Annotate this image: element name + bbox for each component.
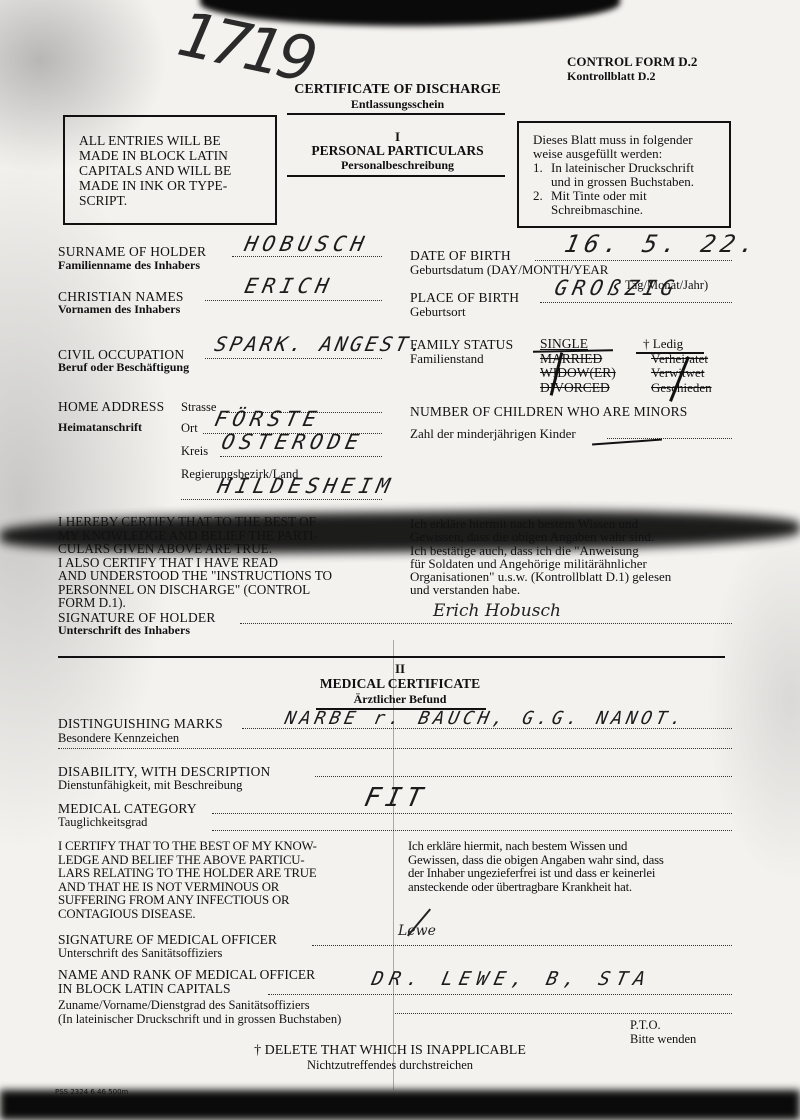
dob-label-de: Geburtsdatum (DAY/MONTH/YEAR bbox=[410, 263, 608, 276]
instruction-line: CAPITALS AND WILL BE bbox=[79, 163, 261, 178]
marks-value[interactable]: NARBE r. BAUCH, G.G. NANOT. bbox=[283, 708, 688, 729]
instruction-line: MADE IN INK OR TYPE- bbox=[79, 178, 261, 193]
bezirk-line bbox=[181, 499, 382, 500]
civil-occupation-label-de: Beruf oder Beschäftigung bbox=[58, 361, 189, 374]
medical-certification-de: Ich erkläre hiermit, nach bestem Wissen … bbox=[408, 840, 733, 894]
disability-label-de: Dienstunfähigkeit, mit Beschreibung bbox=[58, 778, 242, 793]
home-address-label: HOME ADDRESS bbox=[58, 399, 164, 414]
control-form-de: Kontrollblatt D.2 bbox=[567, 69, 655, 84]
text-line: I CERTIFY THAT TO THE BEST OF MY KNOW- bbox=[58, 840, 382, 854]
medical-category-label: MEDICAL CATEGORY bbox=[58, 801, 197, 816]
text-line: für Soldaten und Angehörige militärähnli… bbox=[410, 557, 732, 570]
officer-name-line bbox=[268, 994, 732, 995]
instruction-line: Mit Tinte oder mit bbox=[551, 189, 647, 203]
pob-label-de: Geburtsort bbox=[410, 305, 466, 318]
text-line: Ich erkläre hiermit, nach bestem Wissen … bbox=[408, 840, 733, 854]
section2-numeral: II bbox=[300, 661, 500, 677]
dob-line bbox=[535, 260, 732, 261]
section1-rule bbox=[287, 175, 505, 177]
text-line: der Inhaber ungezieferfrei ist und dass … bbox=[408, 867, 733, 881]
christian-names-value[interactable]: ERICH bbox=[242, 274, 335, 298]
officer-name-line-2 bbox=[395, 1013, 732, 1014]
officer-signature-label-de: Unterschrift des Sanitätsoffiziers bbox=[58, 946, 222, 961]
text-line: FORM D.1). bbox=[58, 596, 381, 610]
surname-label: SURNAME OF HOLDER bbox=[58, 244, 206, 259]
text-line: Ich bestätige auch, dass ich die "Anweis… bbox=[410, 544, 732, 557]
option-married[interactable]: MARRIED bbox=[540, 352, 616, 367]
pto-text-de: Bitte wenden bbox=[630, 1032, 696, 1046]
bezirk-value[interactable]: HILDESHEIM bbox=[215, 474, 397, 498]
option-ledig[interactable]: † Ledig bbox=[643, 337, 712, 352]
christian-names-label-de: Vornamen des Inhabers bbox=[58, 303, 180, 316]
instruction-line: MADE IN BLOCK LATIN bbox=[79, 148, 261, 163]
officer-name-label-de: Zuname/Vorname/Dienstgrad des Sanitätsof… bbox=[58, 998, 341, 1026]
marks-label: DISTINGUISHING MARKS bbox=[58, 716, 223, 731]
title-rule bbox=[287, 113, 505, 115]
text-line: LEDGE AND BELIEF THE ABOVE PARTICU- bbox=[58, 854, 382, 868]
kreis-line bbox=[220, 456, 382, 457]
holder-signature-line bbox=[240, 623, 732, 624]
instruction-line: Dieses Blatt muss in folgender bbox=[533, 133, 717, 147]
item-number: 2. bbox=[533, 189, 551, 203]
home-address-label-de: Heimatanschrift bbox=[58, 421, 142, 434]
pob-value[interactable]: GROßZIG bbox=[552, 276, 681, 300]
dob-value[interactable]: 16. 5. 22. bbox=[562, 230, 762, 258]
text-line: und verstanden habe. bbox=[410, 583, 732, 596]
section1-title: PERSONAL PARTICULARS bbox=[290, 143, 505, 159]
label-line: NAME AND RANK OF MEDICAL OFFICER bbox=[58, 968, 315, 982]
ledig-underline bbox=[636, 352, 704, 354]
marks-label-de: Besondere Kennzeichen bbox=[58, 731, 179, 746]
text-line: CONTAGIOUS DISEASE. bbox=[58, 908, 382, 922]
section2-title-de: Ärztlicher Befund bbox=[300, 692, 500, 707]
item-number: 1. bbox=[533, 161, 551, 175]
text-line: MY KNOWLEDGE AND BELIEF THE PARTI- bbox=[58, 529, 381, 543]
section1-title-de: Personalbeschreibung bbox=[290, 158, 505, 173]
dob-label: DATE OF BIRTH bbox=[410, 248, 511, 263]
instructions-box-de: Dieses Blatt muss in folgender weise aus… bbox=[517, 121, 731, 228]
delete-note-de: Nichtzutreffendes durchstreichen bbox=[230, 1058, 550, 1073]
text-line: LARS RELATING TO THE HOLDER ARE TRUE bbox=[58, 867, 382, 881]
disability-label: DISABILITY, WITH DESCRIPTION bbox=[58, 764, 270, 779]
pob-label: PLACE OF BIRTH bbox=[410, 290, 519, 305]
surname-line bbox=[232, 256, 382, 257]
christian-names-line bbox=[205, 300, 382, 301]
instruction-item: 2.Mit Tinte oder mit bbox=[533, 189, 717, 203]
section-divider bbox=[58, 656, 725, 658]
medical-category-line bbox=[212, 813, 732, 814]
text-line: PERSONNEL ON DISCHARGE" (CONTROL bbox=[58, 583, 381, 597]
ort-value[interactable]: FÖRSTE bbox=[212, 407, 323, 431]
text-line: I HEREBY CERTIFY THAT TO THE BEST OF bbox=[58, 515, 381, 529]
text-line: AND UNDERSTOOD THE "INSTRUCTIONS TO bbox=[58, 569, 381, 583]
label-line: (In lateinischer Druckschrift und in gro… bbox=[58, 1012, 341, 1026]
document-title-de: Entlassungsschein bbox=[280, 97, 515, 112]
civil-occupation-line bbox=[205, 358, 382, 359]
medical-category-value[interactable]: FIT bbox=[362, 783, 430, 813]
text-line: Ich erkläre hiermit nach bestem Wissen u… bbox=[410, 517, 732, 530]
medical-certification-en: I CERTIFY THAT TO THE BEST OF MY KNOW- L… bbox=[58, 840, 382, 921]
medical-category-label-de: Tauglichkeitsgrad bbox=[58, 815, 147, 830]
pto-text: P.T.O. bbox=[630, 1018, 696, 1032]
officer-name-label: NAME AND RANK OF MEDICAL OFFICER IN BLOC… bbox=[58, 968, 315, 996]
medical-category-line-2 bbox=[212, 830, 732, 831]
family-status-label-de: Familienstand bbox=[410, 351, 484, 367]
marks-line-2 bbox=[58, 748, 732, 749]
strasse-label: Strasse bbox=[181, 400, 216, 415]
control-form: CONTROL FORM D.2 bbox=[567, 54, 697, 70]
pob-line bbox=[540, 302, 732, 303]
text-line: Gewissen, dass die obigen Angaben wahr s… bbox=[410, 530, 732, 543]
instruction-line: weise ausgefüllt werden: bbox=[533, 147, 717, 161]
option-widower[interactable]: WIDOW(ER) bbox=[540, 366, 616, 381]
text-line: I ALSO CERTIFY THAT I HAVE READ bbox=[58, 556, 381, 570]
instructions-box-en: ALL ENTRIES WILL BE MADE IN BLOCK LATIN … bbox=[63, 115, 277, 225]
disability-line bbox=[315, 776, 732, 777]
pto: P.T.O. Bitte wenden bbox=[630, 1018, 696, 1046]
kreis-label: Kreis bbox=[181, 444, 208, 459]
text-line: AND THAT HE IS NOT VERMINOUS OR bbox=[58, 881, 382, 895]
text-line: SUFFERING FROM ANY INFECTIOUS OR bbox=[58, 894, 382, 908]
instruction-line: und in grossen Buchstaben. bbox=[533, 175, 717, 189]
surname-label-de: Familienname des Inhabers bbox=[58, 259, 200, 272]
document-title: CERTIFICATE OF DISCHARGE bbox=[280, 82, 515, 98]
officer-signature-line bbox=[312, 945, 732, 946]
holder-certification-de: Ich erkläre hiermit nach bestem Wissen u… bbox=[410, 517, 732, 597]
instruction-line: ALL ENTRIES WILL BE bbox=[79, 133, 261, 148]
instruction-line: In lateinischer Druckschrift bbox=[551, 161, 694, 175]
family-status-label: FAMILY STATUS bbox=[410, 337, 513, 352]
surname-value[interactable]: HOBUSCH bbox=[242, 232, 371, 256]
instruction-item: 1.In lateinischer Druckschrift bbox=[533, 161, 717, 175]
text-line: ansteckende oder übertragbare Krankheit … bbox=[408, 881, 733, 895]
civil-occupation-value[interactable]: SPARK. ANGEST. bbox=[212, 332, 428, 356]
children-label-de: Zahl der minderjährigen Kinder bbox=[410, 426, 576, 442]
children-line bbox=[607, 438, 732, 439]
text-line: Gewissen, dass die obigen Angaben wahr s… bbox=[408, 854, 733, 868]
holder-signature-label-de: Unterschrift des Inhabers bbox=[58, 624, 190, 637]
kreis-value[interactable]: OSTERODE bbox=[219, 430, 365, 454]
ort-label: Ort bbox=[181, 421, 198, 436]
children-label: NUMBER OF CHILDREN WHO ARE MINORS bbox=[410, 404, 688, 419]
footer-code: PSS 2324 6.46 500m bbox=[55, 1088, 128, 1096]
label-line: Zuname/Vorname/Dienstgrad des Sanitätsof… bbox=[58, 998, 341, 1012]
section2-title: MEDICAL CERTIFICATE bbox=[300, 676, 500, 692]
instruction-line: Schreibmaschine. bbox=[533, 203, 717, 217]
text-line: CULARS GIVEN ABOVE ARE TRUE. bbox=[58, 542, 381, 556]
officer-name-value[interactable]: DR. LEWE, B, STA bbox=[370, 968, 654, 990]
delete-note: † DELETE THAT WHICH IS INAPPLICABLE bbox=[230, 1043, 550, 1059]
holder-signature[interactable]: Erich Hobusch bbox=[433, 601, 561, 621]
text-line: Organisationen" u.s.w. (Kontrollblatt D.… bbox=[410, 570, 732, 583]
holder-certification-en: I HEREBY CERTIFY THAT TO THE BEST OF MY … bbox=[58, 515, 381, 610]
instruction-line: SCRIPT. bbox=[79, 193, 261, 208]
